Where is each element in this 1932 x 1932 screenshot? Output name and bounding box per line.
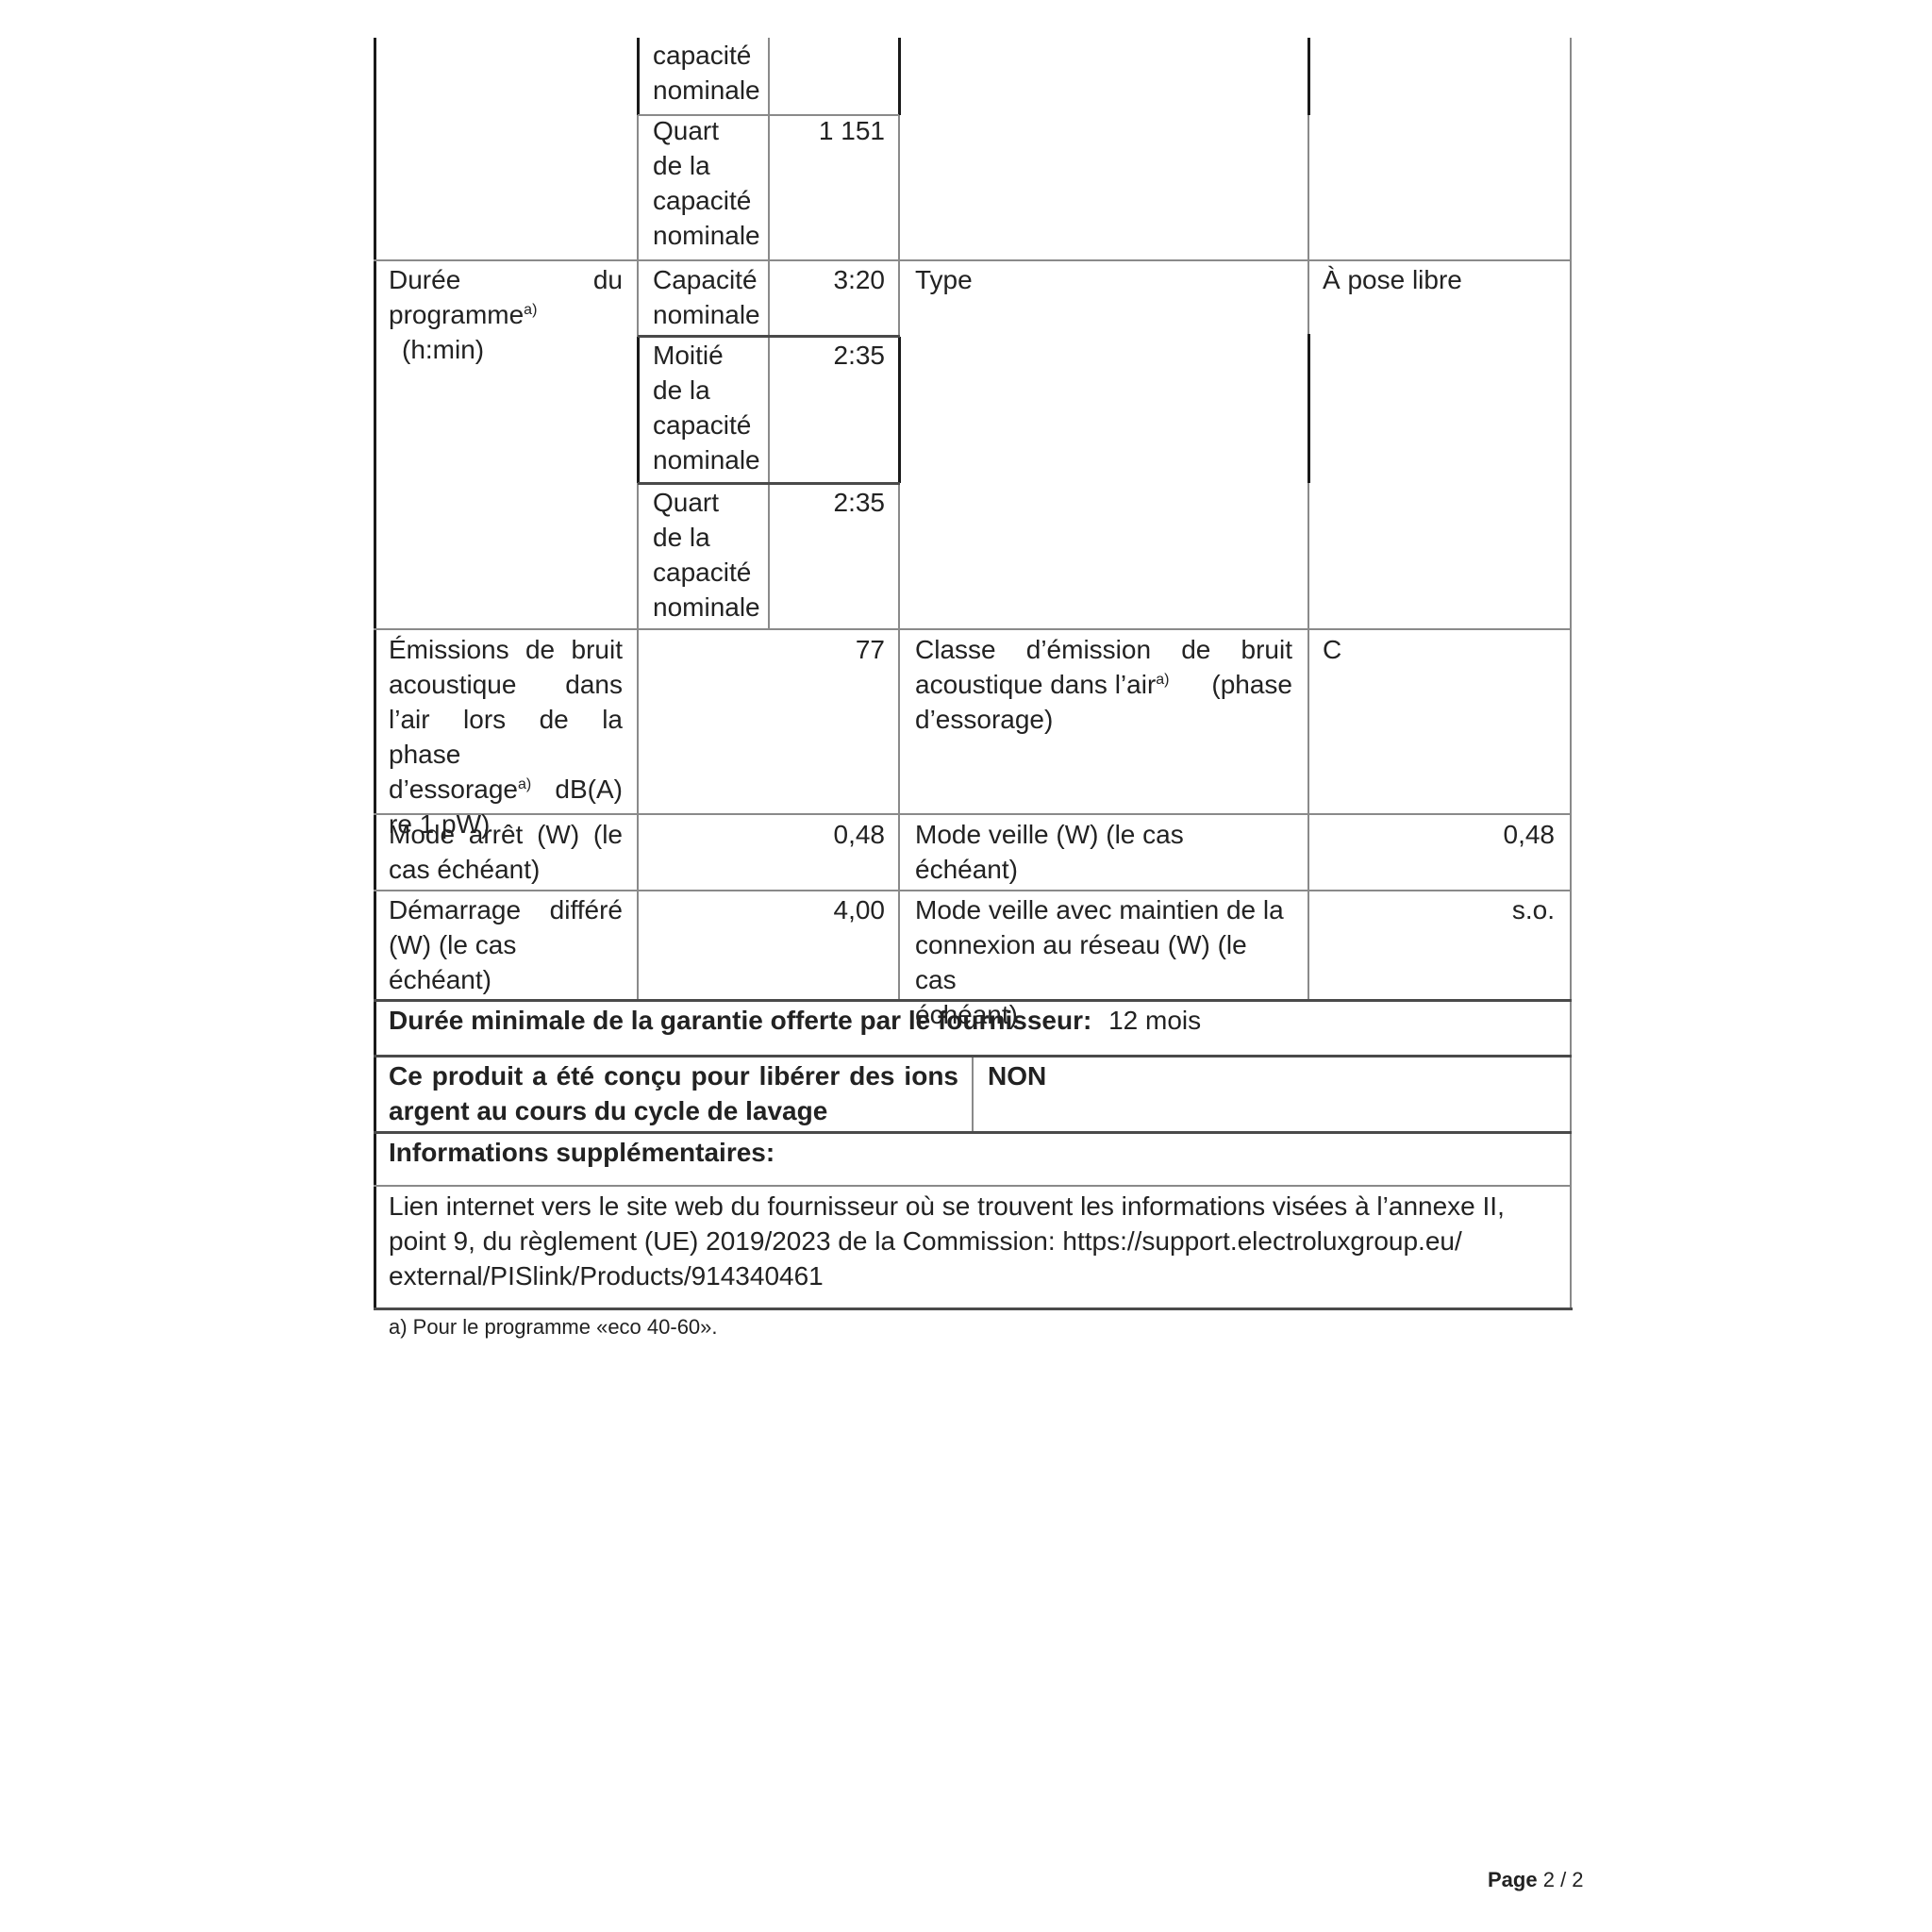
delay-start-value: 4,00 <box>660 892 885 927</box>
quart-capacity-label: Quart de la capacité nominale <box>653 113 766 253</box>
cell-border <box>898 337 901 483</box>
standby-value: 0,48 <box>1321 817 1555 852</box>
duration-label: Durée du programmea) (h:min) <box>389 262 623 367</box>
type-label: Type <box>915 262 973 297</box>
off-mode-label: Mode arrêt (W) (le cas échéant) <box>389 817 623 887</box>
type-value: À pose libre <box>1323 262 1462 297</box>
noise-class-value: C <box>1323 632 1341 667</box>
col-divider <box>898 115 900 1000</box>
silver-ions-value: NON <box>988 1058 1046 1093</box>
cell-border <box>637 337 640 483</box>
col-divider <box>768 38 770 629</box>
noise-class-label: Classe d’émission de bruit acoustique da… <box>915 632 1292 737</box>
col-divider <box>637 115 639 1000</box>
additional-info-text: Lien internet vers le site web du fourni… <box>389 1189 1558 1293</box>
col-divider <box>1307 334 1310 483</box>
duration-row-label: Quart de la capacité nominale <box>653 485 766 625</box>
row-divider <box>374 1131 1572 1134</box>
col-divider <box>1307 38 1310 115</box>
row-divider <box>374 259 1572 261</box>
silver-ions-label: Ce produit a été conçu pour libérer des … <box>389 1058 958 1128</box>
noise-emission-value: 77 <box>660 632 885 667</box>
additional-info-heading: Informations supplémentaires: <box>389 1135 774 1170</box>
table-right-border <box>1570 38 1572 1309</box>
row-divider <box>374 890 1572 891</box>
duration-row-value: 2:35 <box>774 338 885 373</box>
duration-row-value: 3:20 <box>774 262 885 297</box>
standby-label: Mode veille (W) (le cas échéant) <box>915 817 1292 887</box>
table-left-border <box>374 38 376 1309</box>
supplier-link-continued: external/PISlink/Products/914340461 <box>389 1258 1558 1293</box>
col-divider <box>1307 483 1309 1000</box>
duration-row-value: 2:35 <box>774 485 885 520</box>
warranty-row: Durée minimale de la garantie offerte pa… <box>389 1003 1558 1038</box>
prev-row-label: capacité nominale <box>653 38 766 108</box>
row-divider <box>374 1185 1572 1187</box>
table-bottom-border <box>374 1307 1573 1310</box>
col-divider <box>972 1056 974 1132</box>
supplier-link: point 9, du règlement (UE) 2019/2023 de … <box>389 1224 1558 1258</box>
warranty-label: Durée minimale de la garantie offerte pa… <box>389 1006 1091 1035</box>
col-divider <box>1307 115 1309 334</box>
col-divider <box>637 38 640 115</box>
page-number: Page 2 / 2 <box>1488 1868 1584 1892</box>
duration-row-label: Moitié de la capacité nominale <box>653 338 766 477</box>
noise-emission-label: Émissions de bruit acoustique dans l’air… <box>389 632 623 841</box>
warranty-value: 12 mois <box>1108 1006 1201 1035</box>
row-divider <box>374 1055 1572 1058</box>
networked-standby-value: s.o. <box>1321 892 1555 927</box>
delay-start-label: Démarrage différé (W) (le cas échéant) <box>389 892 623 997</box>
footnote: a) Pour le programme «eco 40-60». <box>389 1315 718 1340</box>
duration-row-label: Capacité nominale <box>653 262 766 332</box>
row-divider <box>374 628 1572 630</box>
col-divider <box>898 38 901 115</box>
quart-capacity-value: 1 151 <box>774 113 885 148</box>
off-mode-value: 0,48 <box>660 817 885 852</box>
